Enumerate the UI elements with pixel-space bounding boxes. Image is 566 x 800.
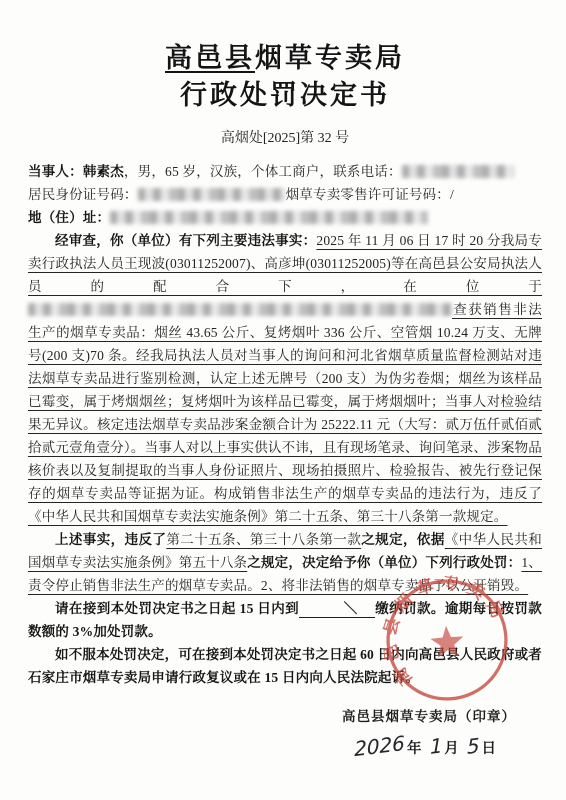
payment-before-blank: 请在接到本处罚决定书之日起 15 日内到 [55,601,299,616]
issuer-signature: 高邑县烟草专卖局（印章） [28,705,542,725]
redacted-phone-number [402,165,514,178]
document-title-agency: 高邑县烟草专卖局 [28,40,542,77]
handwritten-year: 2026 [354,731,405,761]
document-title-type: 行政处罚决定书 [28,77,542,114]
decision-lead-2: 之规定，依据 [361,532,445,547]
id-label: 居民身份证号码： [28,187,138,202]
handwritten-day: 5 [467,733,480,759]
day-unit: 日 [482,741,503,757]
handwritten-month: 1 [429,733,442,759]
facts-lead: 经审查，你（单位）有下列主要违法事实： [55,233,316,248]
agency-name-rest: 烟草专卖局 [255,43,405,73]
seal-star-icon [430,625,465,658]
party-label: 当事人： [28,164,83,179]
agency-name-filled: 高邑县 [165,43,255,73]
id-line: 居民身份证号码：烟草专卖零售许可证号码：/ [28,183,542,206]
redacted-id-number [138,188,286,201]
penalty-decision-document: 高邑县烟草专卖局 行政处罚决定书 高烟处[2025]第 32 号 当事人：韩素杰… [0,0,566,800]
month-unit: 月 [444,741,465,757]
payment-location-blank: ＼ [299,602,375,618]
party-line: 当事人：韩素杰，男，65 岁，汉族，个体工商户，联系电话： [28,160,542,183]
address-line: 地（住）址： [28,206,542,229]
decision-lead-3: 之规定，决定给予你（单位）下列行政处罚： [247,555,521,570]
redacted-location [28,303,452,316]
license-label: 烟草专卖零售许可证号码：/ [286,187,454,202]
decision-date: 2026年1月5日 [28,734,542,758]
decision-lead-1: 上述事实，违反了 [55,532,166,547]
cited-articles: 第二十五条、第三十八条第一款 [166,532,361,547]
redacted-address [110,211,428,224]
facts-text-2: 查获销售非法生产的烟草专卖品：烟丝 43.65 公斤、复烤烟叶 336 公斤、空… [28,302,542,524]
official-red-seal: 高邑县烟草专卖局 [379,572,516,709]
facts-paragraph: 经审查，你（单位）有下列主要违法事实：2025 年 11 月 06 日 17 时… [28,229,542,528]
redacted-location-wrap [28,302,452,317]
address-label: 地（住）址： [28,210,110,225]
document-number: 高烟处[2025]第 32 号 [28,127,542,147]
party-name: 韩素杰 [83,164,124,179]
year-unit: 年 [407,741,428,757]
party-info: ，男，65 岁，汉族，个体工商户，联系电话： [124,164,402,179]
